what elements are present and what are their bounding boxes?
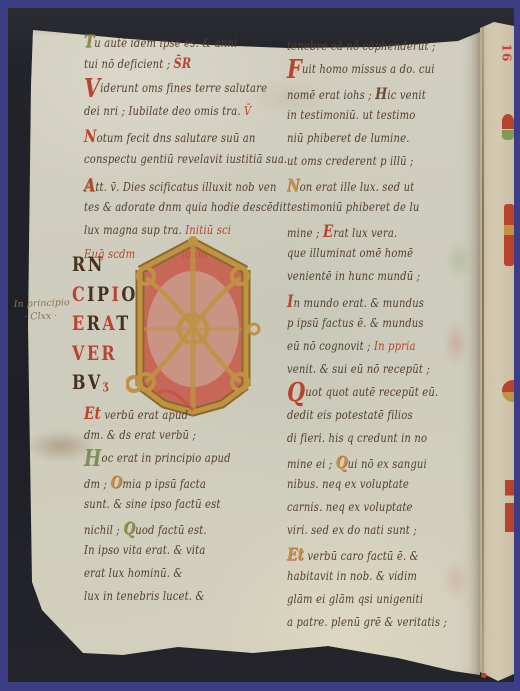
- text-segment: nomē erat iohs ;: [287, 87, 375, 102]
- text-segment: V̄: [244, 103, 251, 118]
- text-segment: di fieri. his q credunt in no: [287, 430, 427, 445]
- next-folio-edge: [480, 22, 514, 681]
- text-segment: venientē in hunc mundū ;: [287, 268, 420, 283]
- folio-number-stamp: 16: [499, 44, 513, 63]
- text-segment: ui nō ex sangui: [348, 456, 427, 471]
- text-segment: sunt. & sine ipso factū est: [84, 496, 221, 511]
- text-segment: mia p ipsū facta: [122, 476, 206, 491]
- text-segment: N: [84, 127, 97, 147]
- text-line: Quot quot autē recepūt eū.: [287, 384, 439, 407]
- text-segment: Q: [287, 378, 305, 408]
- text-segment: tenebre eā nō cōphenderūt ;: [287, 38, 436, 53]
- text-segment: que illuminat omē homē: [287, 245, 413, 260]
- text-segment: V: [84, 74, 100, 104]
- text-segment: I: [111, 282, 121, 306]
- next-folio-decoration-icon: [502, 380, 514, 402]
- margin-annotation: In principio · Clxx ·: [14, 296, 77, 324]
- text-line: viri. sed ex do nati sunt ;: [287, 522, 439, 545]
- text-line: ERAT: [72, 311, 120, 341]
- text-segment: In ipso vita erat. & vita: [84, 542, 205, 557]
- text-segment: ʒ: [103, 378, 111, 392]
- text-line: in testimoniū. ut testimo: [287, 107, 439, 130]
- text-segment: niū phiberet de lumine.: [287, 130, 410, 145]
- text-segment: iderunt oms fines terre salutare: [100, 80, 267, 95]
- text-segment: H: [375, 84, 387, 103]
- text-line: erat lux hominū. &: [84, 565, 244, 588]
- text-segment: verbū caro factū ē. &: [304, 548, 419, 563]
- text-line: Tu autē idem ipse es. & anni: [84, 32, 248, 56]
- illuminated-initial-panel: [126, 234, 262, 426]
- text-segment: a patre. plenū grē & veritatis ;: [287, 614, 447, 629]
- text-line: In ipso vita erat. & vita: [84, 542, 244, 565]
- text-line: dei nri ; Iubilate deo omis tra. V̄: [84, 103, 248, 127]
- text-line: Hoc erat in principio apud: [84, 450, 244, 473]
- text-line: dedit eis potestatē filios: [287, 407, 439, 430]
- text-segment: mine ei ;: [287, 456, 336, 471]
- text-line: mine ei ; Qui nō ex sangui: [287, 453, 439, 476]
- text-segment: rat lux vera.: [333, 225, 397, 240]
- text-segment: tes & adorate dnm quia hodie descēdit: [84, 199, 287, 214]
- text-segment: R: [101, 341, 117, 365]
- text-segment: glām ei glām qsi unigeniti: [287, 591, 423, 606]
- text-line: dm ; Omia p ipsū facta: [84, 473, 244, 496]
- text-segment: E: [323, 222, 334, 242]
- text-segment: eū nō cognovit ;: [287, 338, 374, 353]
- text-line: conspectu gentiū revelavit iustitiā sua.: [84, 151, 248, 175]
- next-folio-decoration-icon: [502, 114, 514, 129]
- text-segment: erat lux hominū. &: [84, 565, 182, 580]
- text-line: venit. & sui eū nō recepūt ;: [287, 361, 439, 384]
- illuminated-initial-icon: [126, 234, 262, 422]
- text-line: eū nō cognovit ; In ppria: [287, 338, 439, 361]
- text-segment: uod factū est.: [135, 522, 206, 537]
- text-segment: T: [84, 32, 94, 52]
- text-segment: N: [88, 252, 105, 276]
- text-line: habitavit in nob. & vidim: [287, 568, 439, 591]
- binding-thread: [481, 673, 487, 678]
- text-segment: on erat ille lux. sed ut: [300, 179, 415, 194]
- text-line: Non erat ille lux. sed ut: [287, 176, 439, 199]
- text-line: niū phiberet de lumine.: [287, 130, 439, 153]
- text-segment: A: [102, 311, 116, 335]
- text-line: VER: [72, 341, 120, 371]
- text-line: tes & adorate dnm quia hodie descēdit: [84, 199, 248, 223]
- text-segment: V: [72, 341, 87, 365]
- gutter-crease: [482, 22, 484, 681]
- text-line: di fieri. his q credunt in no: [287, 430, 439, 453]
- text-segment: B: [72, 370, 88, 394]
- right-column-text: tenebre eā nō cōphenderūt ;Fuit homo mis…: [287, 38, 477, 637]
- text-line: venientē in hunc mundū ;: [287, 268, 439, 291]
- text-segment: In ppria: [374, 338, 416, 353]
- text-line: p ipsū factus ē. & mundus: [287, 315, 439, 338]
- text-segment: habitavit in nob. & vidim: [287, 568, 417, 583]
- text-line: ut oms crederent p illū ;: [287, 153, 439, 176]
- text-line: carnis. neq ex voluptate: [287, 499, 439, 522]
- text-segment: O: [110, 473, 122, 493]
- text-segment: A: [84, 175, 95, 196]
- text-line: CIPIO: [72, 282, 120, 312]
- text-line: RN: [72, 252, 120, 282]
- text-segment: uot quot autē recepūt eū.: [305, 384, 438, 399]
- text-segment: viri. sed ex do nati sunt ;: [287, 522, 417, 537]
- text-segment: ic venit: [387, 87, 425, 102]
- text-segment: venit. & sui eū nō recepūt ;: [287, 361, 430, 376]
- text-line: nichil ; Quod factū est.: [84, 519, 244, 542]
- text-line: Att. v̄. Dies scificatus illuxit nob ven: [84, 175, 248, 199]
- text-segment: Q: [336, 453, 348, 473]
- text-line: In mundo erat. & mundus: [287, 292, 439, 315]
- text-line: tenebre eā nō cōphenderūt ;: [287, 38, 439, 61]
- text-segment: tui nō deficient ;: [84, 56, 174, 71]
- text-segment: dei nri ; Iubilate deo omis tra.: [84, 103, 244, 118]
- text-segment: I: [87, 282, 97, 306]
- text-line: testimoniū phiberet de lu: [287, 199, 439, 222]
- text-segment: conspectu gentiū revelavit iustitiā sua.: [84, 151, 287, 166]
- text-segment: R: [72, 252, 88, 276]
- text-line: a patre. plenū grē & veritatis ;: [287, 614, 439, 637]
- text-segment: H: [84, 445, 102, 472]
- text-segment: nibus. neq ex voluptate: [287, 476, 409, 491]
- text-line: nomē erat iohs ; Hic venit: [287, 84, 439, 107]
- text-line: glām ei glām qsi unigeniti: [287, 591, 439, 614]
- text-line: mine ; Erat lux vera.: [287, 222, 439, 245]
- text-segment: verbū erat apud: [101, 407, 188, 422]
- text-line: nibus. neq ex voluptate: [287, 476, 439, 499]
- text-line: tui nō deficient ; S̄R: [84, 56, 248, 80]
- next-folio-decoration-icon: [505, 480, 514, 532]
- text-segment: S̄R: [174, 56, 192, 72]
- text-segment: oc erat in principio apud: [102, 450, 231, 465]
- text-segment: mine ;: [287, 225, 323, 240]
- text-segment: Et: [84, 404, 101, 424]
- text-segment: carnis. neq ex voluptate: [287, 499, 413, 514]
- text-line: Notum fecit dns salutare suū an: [84, 127, 248, 151]
- text-line: Viderunt oms fines terre salutare: [84, 80, 248, 104]
- text-line: que illuminat omē homē: [287, 245, 439, 268]
- text-segment: u autē idem ipse es. & anni: [94, 35, 237, 50]
- text-segment: tt. v̄. Dies scificatus illuxit nob ven: [95, 179, 276, 194]
- text-segment: F: [287, 55, 302, 85]
- text-line: BVʒ: [72, 370, 120, 400]
- margin-annotation-line: In principio: [14, 296, 76, 311]
- text-segment: Et: [287, 545, 304, 565]
- text-segment: in testimoniū. ut testimo: [287, 107, 415, 122]
- text-segment: n mundo erat. & mundus: [294, 295, 425, 310]
- text-segment: Q: [123, 519, 135, 539]
- text-segment: R: [87, 311, 103, 335]
- text-segment: dedit eis potestatē filios: [287, 407, 413, 422]
- text-segment: E: [72, 311, 87, 335]
- text-segment: P: [97, 282, 111, 306]
- text-line: Et verbū erat apud: [84, 404, 244, 427]
- next-folio-decoration-icon: [504, 204, 514, 266]
- text-segment: testimoniū phiberet de lu: [287, 199, 419, 214]
- text-segment: V: [88, 370, 103, 394]
- text-segment: N: [287, 176, 300, 196]
- text-segment: nichil ;: [84, 522, 123, 537]
- text-line: dm. & ds erat verbū ;: [84, 427, 244, 450]
- text-line: sunt. & sine ipso factū est: [84, 496, 244, 519]
- text-segment: dm. & ds erat verbū ;: [84, 427, 196, 442]
- left-column-lower-text: Et verbū erat apuddm. & ds erat verbū ;H…: [84, 404, 284, 611]
- text-segment: C: [72, 282, 87, 306]
- text-line: Et verbū caro factū ē. &: [287, 545, 439, 568]
- text-segment: p ipsū factus ē. & mundus: [287, 315, 424, 330]
- text-segment: uit homo missus a do. cui: [302, 61, 435, 76]
- next-folio-decoration-icon: [502, 130, 514, 140]
- text-segment: ut oms crederent p illū ;: [287, 153, 414, 168]
- text-segment: dm ;: [84, 476, 110, 491]
- incipit-display-capitals: RNCIPIOERATVERBVʒ: [72, 252, 132, 400]
- text-segment: otum fecit dns salutare suū an: [97, 130, 256, 145]
- manuscript-photo: 16 In principio · Clxx · Tu autē idem ip…: [0, 0, 520, 691]
- text-segment: lux in tenebris lucet. &: [84, 588, 205, 603]
- text-line: lux in tenebris lucet. &: [84, 588, 244, 611]
- text-line: Fuit homo missus a do. cui: [287, 61, 439, 84]
- margin-annotation-line: · Clxx ·: [14, 309, 76, 324]
- text-segment: E: [87, 341, 102, 365]
